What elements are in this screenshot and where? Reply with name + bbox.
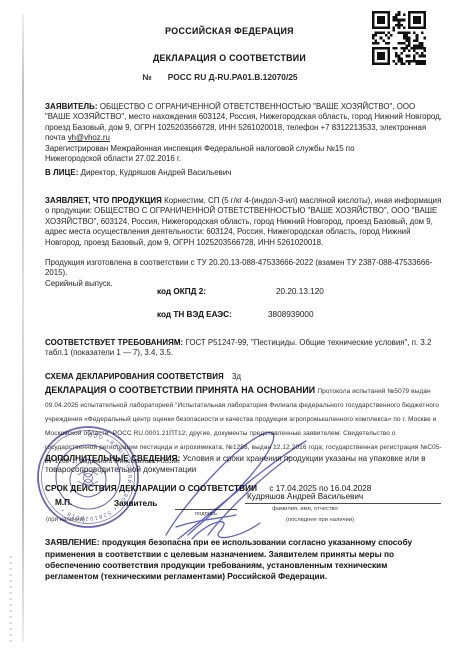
- applicant-paragraph: ЗАЯВИТЕЛЬ: ОБЩЕСТВО С ОГРАНИЧЕННОЙ ОТВЕТ…: [45, 102, 442, 144]
- registration-paragraph: Зарегистрирован Межрайонная инспекция Фе…: [45, 144, 397, 165]
- declaration-scheme-line: СХЕМА ДЕКЛАРИРОВАНИЯ СООТВЕТСТВИЯ 3д: [45, 372, 442, 382]
- okpd-code-value: 20.20.13.120: [276, 287, 324, 296]
- tnved-code-value: 3808939000: [268, 310, 314, 319]
- okpd-code-label: код ОКПД 2:: [157, 287, 206, 296]
- conformity-requirements-paragraph: СООТВЕТСТВУЕТ ТРЕБОВАНИЯМ: ГОСТ Р51247-9…: [45, 338, 442, 359]
- handwritten-signature: [148, 423, 333, 553]
- declaration-scheme-label: СХЕМА ДЕКЛАРИРОВАНИЯ СООТВЕТСТВИЯ: [45, 372, 224, 381]
- person-label: В ЛИЦЕ:: [45, 168, 78, 177]
- qr-code: [372, 11, 426, 65]
- company-stamp: ООО «ВАШЕ ХОЗЯЙСТВО» • 5261020018 •: [34, 423, 142, 531]
- document-number: РОСС RU Д-RU.РА01.В.12070/25: [168, 72, 298, 82]
- manufactured-paragraph: Продукция изготовлена в соответствии с Т…: [45, 258, 442, 279]
- product-label: ЗАЯВЛЯЕТ, ЧТО ПРОДУКЦИЯ: [45, 196, 162, 205]
- product-paragraph: ЗАЯВЛЯЕТ, ЧТО ПРОДУКЦИЯ Корнестим, СП (5…: [45, 196, 442, 248]
- applicant-label: ЗАЯВИТЕЛЬ:: [45, 102, 98, 111]
- document-number-row: № РОСС RU Д-RU.РА01.В.12070/25: [0, 72, 440, 82]
- statement-label: ЗАЯВЛЕНИЕ:: [45, 537, 100, 547]
- serial-issue-line: Серийный выпуск.: [45, 279, 442, 289]
- number-sign: №: [142, 72, 151, 82]
- tnved-code-label: код ТН ВЭД ЕАЭС:: [157, 310, 232, 319]
- basis-label: ДЕКЛАРАЦИЯ О СООТВЕТСТВИИ ПРИНЯТА НА ОСН…: [45, 385, 315, 395]
- person-text: Директор, Кудряшов Андрей Васильевич: [81, 168, 232, 177]
- declaration-document: РОССИЙСКАЯ ФЕДЕРАЦИЯ ДЕКЛАРАЦИЯ О СООТВЕ…: [0, 0, 459, 650]
- person-paragraph: В ЛИЦЕ: Директор, Кудряшов Андрей Василь…: [45, 168, 442, 178]
- scan-dots-artifact: [9, 556, 12, 644]
- scan-edge-artifact: [22, 14, 24, 642]
- declaration-scheme-value: 3д: [232, 372, 241, 381]
- conformity-requirements-label: СООТВЕТСТВУЕТ ТРЕБОВАНИЯМ:: [45, 338, 183, 347]
- applicant-email: vh@vhoz.ru: [68, 133, 110, 142]
